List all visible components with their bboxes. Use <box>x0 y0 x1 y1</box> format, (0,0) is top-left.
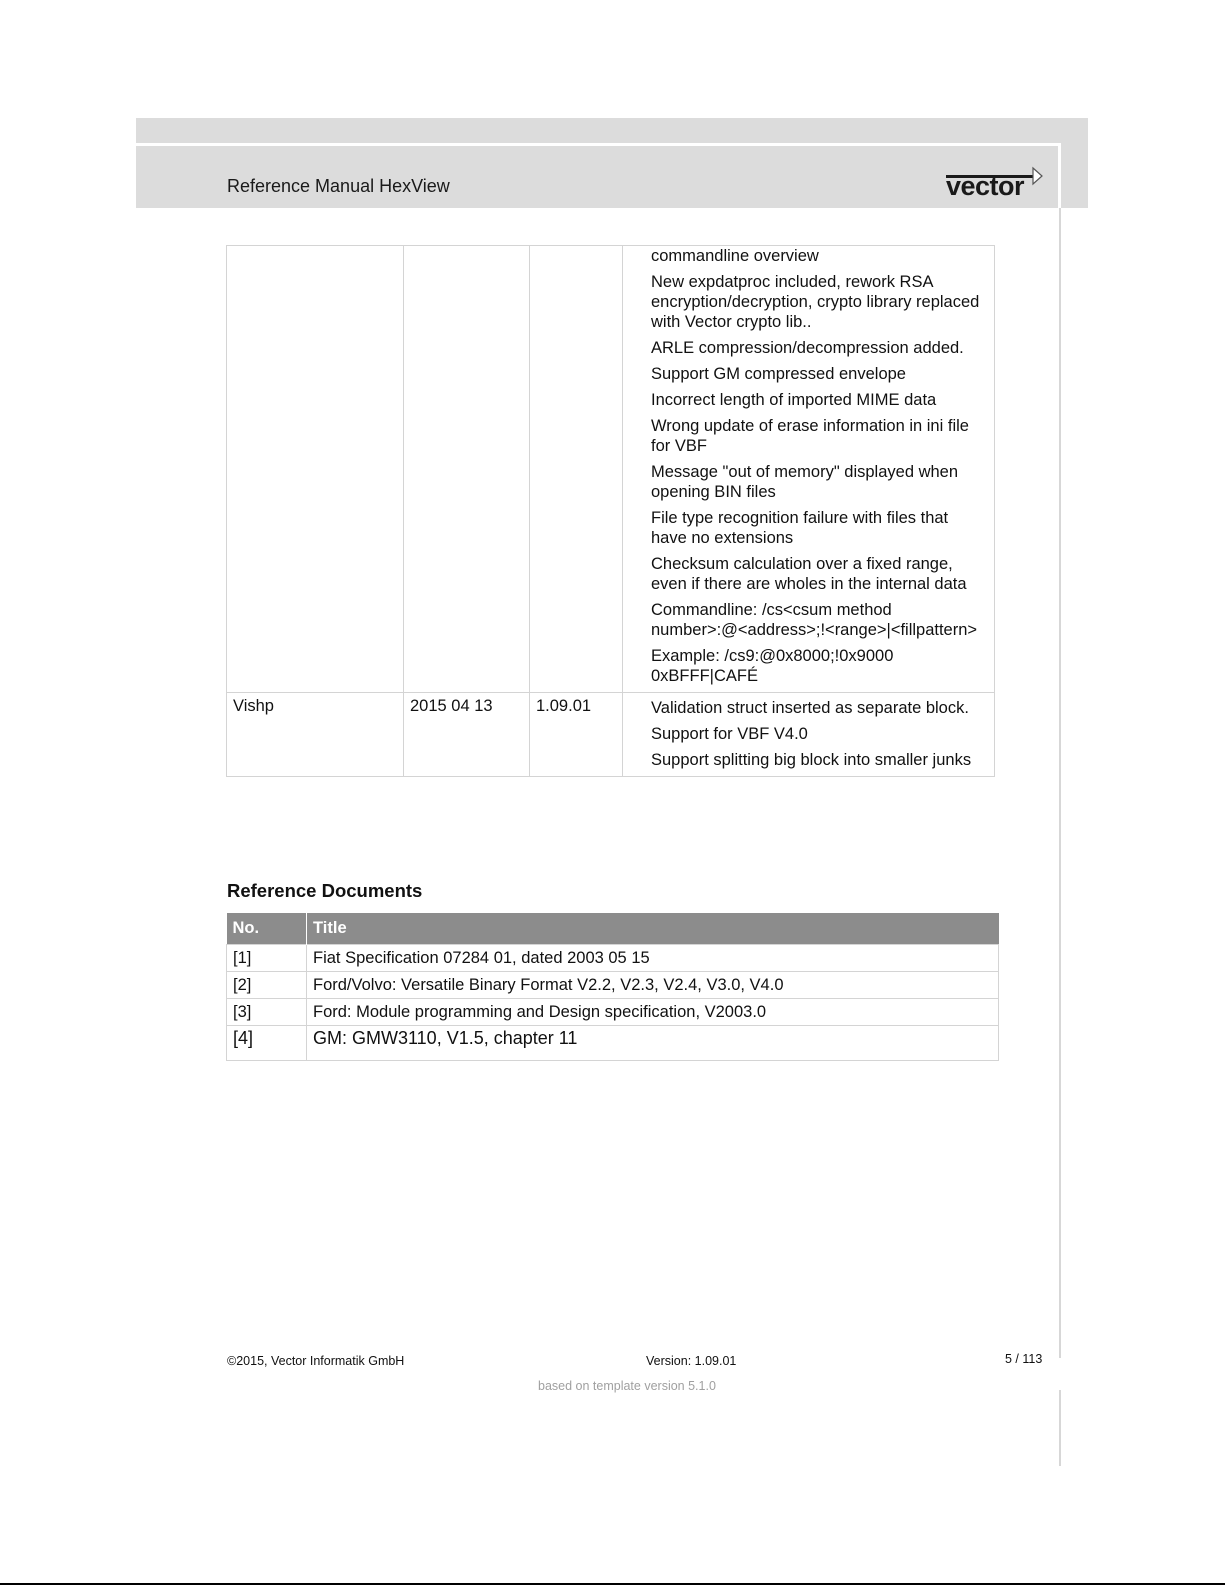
logo-text: vector <box>946 171 1024 202</box>
changes-cell: Validation struct inserted as separate b… <box>623 693 995 777</box>
change-item: Message "out of memory" displayed when o… <box>651 462 988 502</box>
change-item: File type recognition failure with files… <box>651 508 988 548</box>
change-item: Example: /cs9:@0x8000;!0x9000 0xBFFF|CAF… <box>651 646 988 686</box>
document-title: Reference Manual HexView <box>227 176 450 197</box>
change-item: ARLE compression/decompression added. <box>651 338 988 358</box>
vector-logo: vector <box>944 165 1054 205</box>
footer-page-number: 5 / 113 <box>1005 1352 1042 1366</box>
column-header-no: No. <box>227 913 307 945</box>
reference-number: [3] <box>227 999 307 1026</box>
table-row: [3]Ford: Module programming and Design s… <box>227 999 999 1026</box>
version-cell <box>530 246 623 693</box>
change-item: Checksum calculation over a fixed range,… <box>651 554 988 594</box>
footer-version: Version: 1.09.01 <box>646 1354 736 1368</box>
changes-cell: commandline overviewNew expdatproc inclu… <box>623 246 995 693</box>
header-frame-line-vertical <box>1058 143 1061 208</box>
right-margin-rule-lower <box>1059 1390 1061 1466</box>
change-item: Validation struct inserted as separate b… <box>651 698 988 718</box>
reference-title: Ford: Module programming and Design spec… <box>307 999 999 1026</box>
version-cell: 1.09.01 <box>530 693 623 777</box>
reference-number: [2] <box>227 972 307 999</box>
change-item: Support for VBF V4.0 <box>651 724 988 744</box>
reference-number: [1] <box>227 945 307 972</box>
table-row: [4]GM: GMW3110, V1.5, chapter 11 <box>227 1026 999 1061</box>
table-header-row: No. Title <box>227 913 999 945</box>
footer-template-note: based on template version 5.1.0 <box>538 1379 716 1393</box>
right-margin-rule <box>1059 208 1061 1358</box>
change-item: Incorrect length of imported MIME data <box>651 390 988 410</box>
section-title-reference-documents: Reference Documents <box>227 880 422 902</box>
change-item: New expdatproc included, rework RSA encr… <box>651 272 988 332</box>
reference-documents-table: No. Title [1]Fiat Specification 07284 01… <box>226 913 999 1061</box>
author-cell: Vishp <box>227 693 404 777</box>
table-row: Vishp2015 04 131.09.01Validation struct … <box>227 693 995 777</box>
reference-title: Fiat Specification 07284 01, dated 2003 … <box>307 945 999 972</box>
table-row: commandline overviewNew expdatproc inclu… <box>227 246 995 693</box>
table-row: [2]Ford/Volvo: Versatile Binary Format V… <box>227 972 999 999</box>
column-header-title: Title <box>307 913 999 945</box>
change-item: commandline overview <box>651 246 988 266</box>
header-band-top <box>136 118 1088 145</box>
reference-number: [4] <box>227 1026 307 1061</box>
footer-copyright: ©2015, Vector Informatik GmbH <box>227 1354 404 1368</box>
change-history-table: commandline overviewNew expdatproc inclu… <box>226 245 995 777</box>
date-cell <box>404 246 530 693</box>
change-item: Wrong update of erase information in ini… <box>651 416 988 456</box>
change-item: Support splitting big block into smaller… <box>651 750 988 770</box>
reference-title: GM: GMW3110, V1.5, chapter 11 <box>307 1026 999 1061</box>
table-row: [1]Fiat Specification 07284 01, dated 20… <box>227 945 999 972</box>
header-frame-line <box>136 143 1061 146</box>
change-item: Support GM compressed envelope <box>651 364 988 384</box>
change-item: Commandline: /cs<csum method number>:@<a… <box>651 600 988 640</box>
reference-title: Ford/Volvo: Versatile Binary Format V2.2… <box>307 972 999 999</box>
date-cell: 2015 04 13 <box>404 693 530 777</box>
author-cell <box>227 246 404 693</box>
